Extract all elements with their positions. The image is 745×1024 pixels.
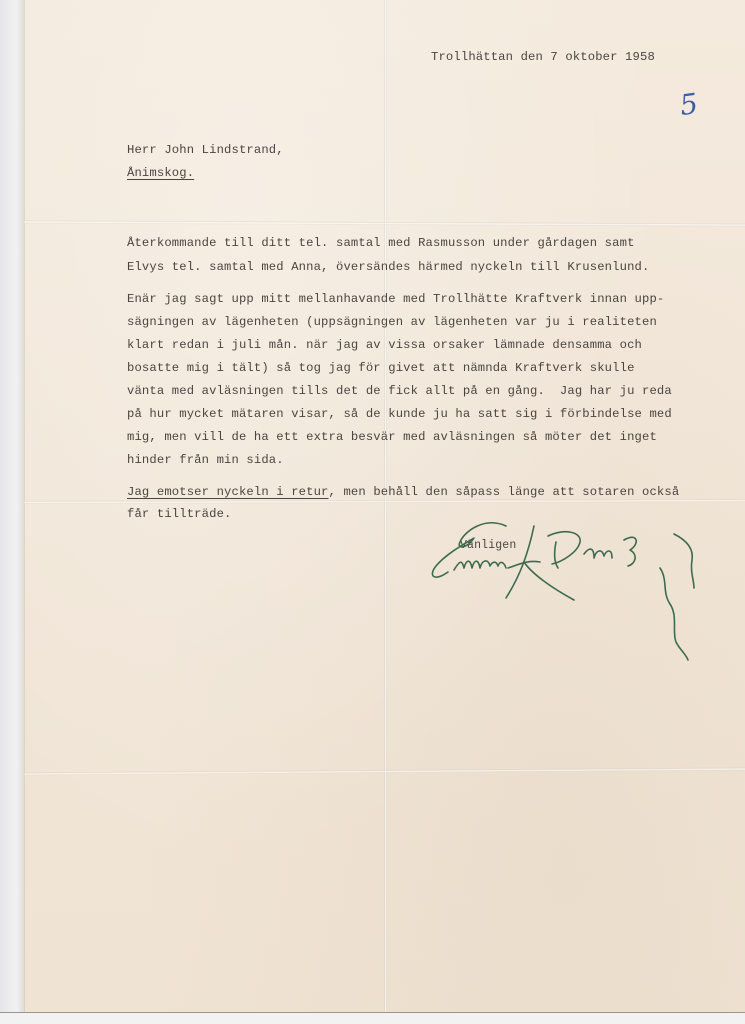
paragraph-line: hinder från min sida. (127, 454, 284, 466)
paragraph-line: mig, men vill de ha ett extra besvär med… (127, 431, 657, 443)
dateline: Trollhättan den 7 oktober 1958 (431, 51, 655, 63)
signature-icon (424, 514, 724, 664)
paragraph-line: klart redan i juli mån. när jag av vissa… (127, 339, 642, 351)
paragraph-line: Enär jag sagt upp mitt mellanhavande med… (127, 293, 664, 305)
paragraph-line: bosatte mig i tält) så tog jag för givet… (127, 362, 635, 374)
letter-paper: Trollhättan den 7 oktober 1958 5 Herr Jo… (24, 0, 745, 1012)
paragraph-line-rest: , men behåll den såpass länge att sotare… (329, 485, 680, 499)
paragraph-line: Elvys tel. samtal med Anna, översändes h… (127, 261, 649, 273)
paragraph-line: på hur mycket mätaren visar, så de kunde… (127, 408, 672, 420)
paragraph-line: vänta med avläsningen tills det de fick … (127, 385, 672, 397)
underlined-request: Jag emotser nyckeln i retur (127, 485, 329, 499)
paragraph-line: sägningen av lägenheten (uppsägningen av… (127, 316, 657, 328)
recipient-place: Ånimskog. (127, 167, 194, 179)
scanner-background-left (0, 0, 24, 1024)
paragraph-line: Återkommande till ditt tel. samtal med R… (127, 237, 635, 249)
handwritten-page-number: 5 (678, 87, 700, 122)
scanner-background-bottom (0, 1012, 745, 1024)
vertical-fold-line (384, 0, 387, 1012)
paragraph-line: får tillträde. (127, 508, 232, 520)
recipient-name: Herr John Lindstrand, (127, 144, 284, 156)
paragraph-line: Jag emotser nyckeln i retur, men behåll … (127, 486, 679, 498)
